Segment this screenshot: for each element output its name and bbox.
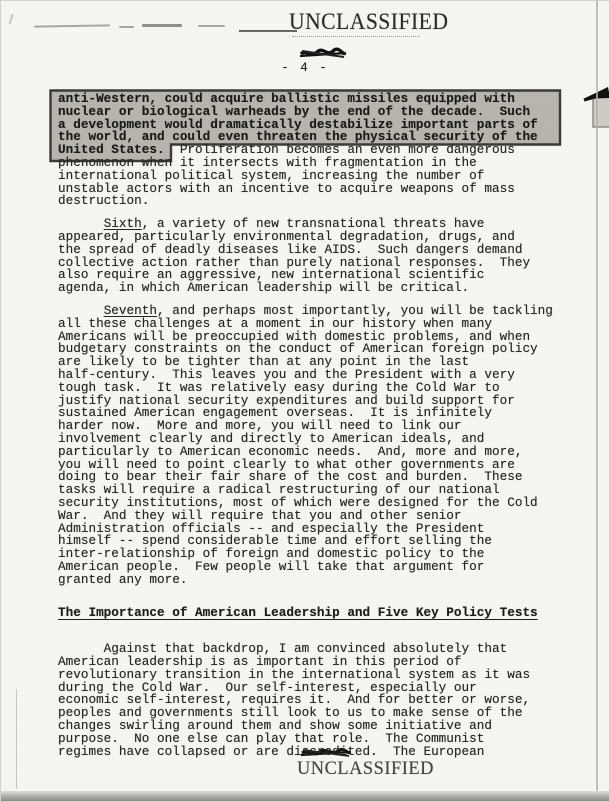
section-heading: The Importance of American Leadership an… — [58, 607, 558, 620]
paragraph-lines: Against that backdrop, I am convinced ab… — [58, 643, 558, 758]
scan-edge-left — [16, 689, 17, 789]
pencil-smudge — [119, 26, 134, 28]
scanned-document-page: UNCLASSIFIED - 4 - anti-Western, could a… — [0, 0, 610, 802]
footer-classification: UNCLASSIFIED — [297, 758, 434, 780]
text-line: agenda, in which American leadership wil… — [58, 282, 558, 295]
text-line: granted any more. — [58, 574, 558, 587]
paragraph-seventh: Seventh, and perhaps most importantly, y… — [58, 305, 558, 587]
document-body: anti-Western, could acquire ballistic mi… — [58, 93, 558, 758]
text-line: destruction. — [58, 195, 558, 208]
paragraph-lines: appeared, particularly environmental deg… — [58, 231, 558, 295]
pencil-smudge — [142, 24, 182, 27]
obliterated-stamp-icon — [299, 47, 347, 60]
paragraph-lines: phenomenon when it intersects with fragm… — [58, 157, 558, 208]
header-classification: UNCLASSIFIED — [289, 9, 448, 35]
underline-dots — [292, 34, 420, 37]
corner-scan-mark — [9, 14, 21, 26]
page-number: - 4 - — [1, 61, 609, 75]
paragraph-leadership: Against that backdrop, I am convinced ab… — [58, 643, 558, 758]
paragraph-lines: all these challenges at a moment in our … — [58, 318, 558, 587]
paragraph-sixth: Sixth, a variety of new transnational th… — [58, 218, 558, 295]
boxed-lines: anti-Western, could acquire ballistic mi… — [58, 93, 558, 144]
scan-edge-bottom — [1, 791, 609, 801]
paragraph-proliferation: anti-Western, could acquire ballistic mi… — [58, 93, 558, 208]
text-line: regimes have collapsed or are discredite… — [58, 746, 558, 759]
pencil-smudge — [198, 25, 225, 27]
scan-edge-right — [596, 1, 598, 801]
pencil-smudge — [34, 24, 110, 27]
